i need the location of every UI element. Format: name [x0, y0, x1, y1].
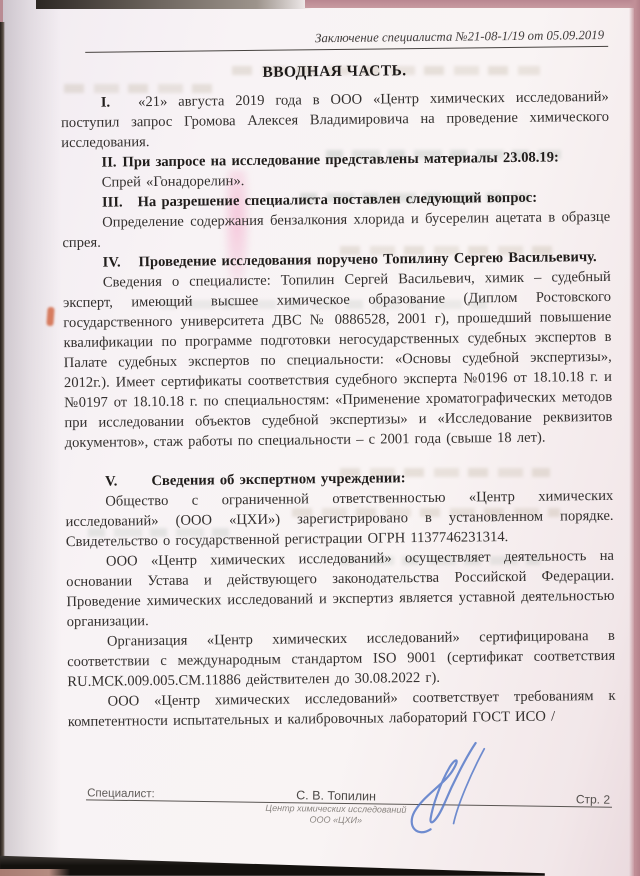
paragraph: Общество с ограниченной ответственностью… — [65, 486, 614, 552]
paragraph: Сведения о специалисте: Топилин Сергей В… — [63, 267, 613, 453]
paragraph-numeral: IV. — [103, 254, 121, 270]
red-margin-mark — [46, 307, 54, 326]
page-number: Стр. 2 — [576, 792, 610, 806]
paragraph: Определение содержания бензалкония хлори… — [62, 207, 610, 253]
scanned-document-screenshot: { "header": { "doc_ref": "Заключение спе… — [0, 0, 640, 876]
page-footer: Специалист: С. В. Топилин Стр. 2 Центр х… — [60, 782, 613, 830]
paragraph: I.«21» августа 2019 года в ООО «Центр хи… — [61, 87, 610, 153]
paragraph-numeral: III. — [102, 194, 123, 210]
scan-edge-left — [0, 22, 5, 870]
document-body: I.«21» августа 2019 года в ООО «Центр хи… — [61, 87, 616, 732]
scan-edge-top-dark — [36, 0, 312, 9]
document-content: Заключение специалиста №21-08-1/19 от 05… — [60, 27, 616, 732]
scan-edge-right — [629, 0, 640, 876]
scan-edge-top-pink — [305, 0, 640, 8]
signature-ink — [398, 736, 513, 844]
paragraph: ООО «Центр химических исследований» соот… — [67, 686, 615, 732]
paragraph-numeral: I. — [101, 95, 111, 111]
binding-shadow — [3, 0, 61, 876]
scan-corner-bottom-pink — [0, 869, 70, 876]
paragraph: Организация «Центр химических исследован… — [67, 626, 616, 692]
section-title: ВВОДНАЯ ЧАСТЬ. — [60, 60, 608, 84]
paragraph-numeral: II. — [101, 154, 116, 170]
paragraph-numeral: V. — [105, 473, 117, 489]
paragraph: ООО «Центр химических исследований» осущ… — [66, 546, 615, 632]
